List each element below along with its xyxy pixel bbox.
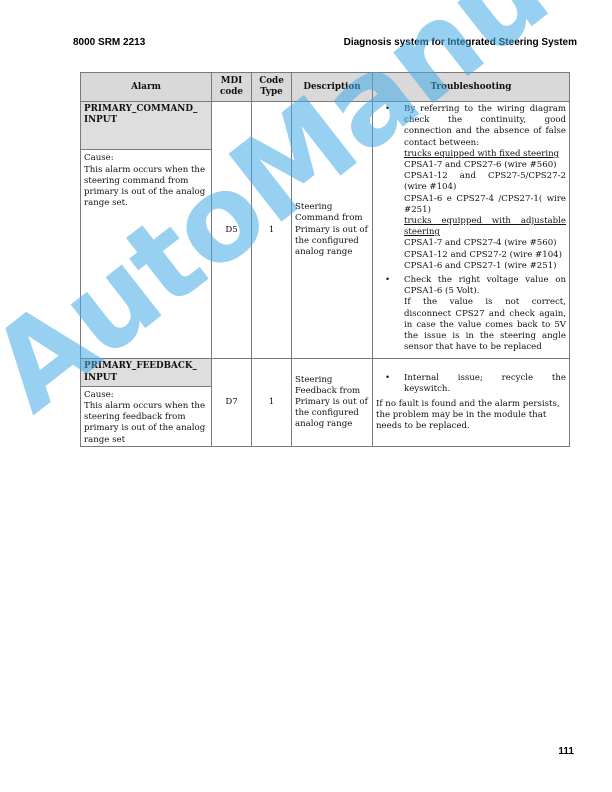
wire-check: CPSA1-6 e CPS27-4 /CPS27-1( wire #251) [404, 194, 566, 216]
adjustable-steering-heading: trucks equipped with adjustable steering [404, 216, 566, 238]
table-header-row: Alarm MDIcode CodeType Description Troub… [81, 73, 570, 102]
wire-check: CPSA1-7 and CPS27-4 (wire #560) [404, 238, 566, 249]
troubleshooting-step: • Check the right voltage value on CPSA1… [376, 275, 566, 353]
bullet-icon: • [385, 373, 390, 384]
troubleshooting: • By referring to the wiring diagram che… [373, 102, 570, 359]
fixed-steering-heading: trucks equipped with fixed steering [404, 149, 566, 160]
table-row: PRIMARY_COMMAND_ INPUT D5 1 Steering Com… [81, 102, 570, 150]
troubleshooting-step: • Internal issue; recycle the keyswitch. [376, 373, 566, 395]
alarm-cause: Cause: This alarm occurs when the steeri… [81, 150, 212, 359]
step-text: By referring to the wiring diagram check… [404, 104, 566, 148]
type-line-2: Type [260, 87, 282, 97]
bullet-icon: • [385, 104, 390, 115]
troubleshooting: • Internal issue; recycle the keyswitch.… [373, 359, 570, 446]
wire-check: CPSA1-6 and CPS27-1 (wire #251) [404, 261, 566, 272]
mdi-code: D7 [212, 359, 252, 446]
code-type: 1 [252, 359, 292, 446]
alarm-name: PRIMARY_FEEDBACK_ INPUT [81, 359, 212, 386]
mdi-line-1: MDI [221, 76, 242, 86]
alarm-name: PRIMARY_COMMAND_ INPUT [81, 102, 212, 150]
step-text: Internal issue; recycle the keyswitch. [404, 373, 566, 394]
mdi-line-2: code [220, 87, 243, 97]
wire-check: CPSA1-12 and CPS27-5/CPS27-2 (wire #104) [404, 171, 566, 193]
section-title: Diagnosis system for Integrated Steering… [344, 37, 577, 48]
description: Steering Feedback from Primary is out of… [292, 359, 373, 446]
column-header-description: Description [292, 73, 373, 102]
table-row: PRIMARY_FEEDBACK_ INPUT D7 1 Steering Fe… [81, 359, 570, 386]
troubleshooting-note: If no fault is found and the alarm persi… [376, 399, 566, 433]
troubleshooting-step: • By referring to the wiring diagram che… [376, 104, 566, 272]
step-text: Check the right voltage value on CPSA1-6… [404, 275, 566, 296]
wire-check: CPSA1-7 and CPS27-6 (wire #560) [404, 160, 566, 171]
column-header-code-type: CodeType [252, 73, 292, 102]
alarm-cause: Cause: This alarm occurs when the steeri… [81, 386, 212, 446]
step-text-continued: If the value is not correct, disconnect … [404, 297, 566, 353]
column-header-troubleshooting: Troubleshooting [373, 73, 570, 102]
column-header-alarm: Alarm [81, 73, 212, 102]
description: Steering Command from Primary is out of … [292, 102, 373, 359]
code-type: 1 [252, 102, 292, 359]
column-header-mdi-code: MDIcode [212, 73, 252, 102]
bullet-icon: • [385, 275, 390, 286]
type-line-1: Code [259, 76, 284, 86]
wire-check: CPSA1-12 and CPS27-2 (wire #104) [404, 250, 566, 261]
mdi-code: D5 [212, 102, 252, 359]
page-number: 111 [558, 746, 574, 757]
alarm-table: Alarm MDIcode CodeType Description Troub… [80, 72, 570, 447]
document-code: 8000 SRM 2213 [73, 37, 145, 48]
